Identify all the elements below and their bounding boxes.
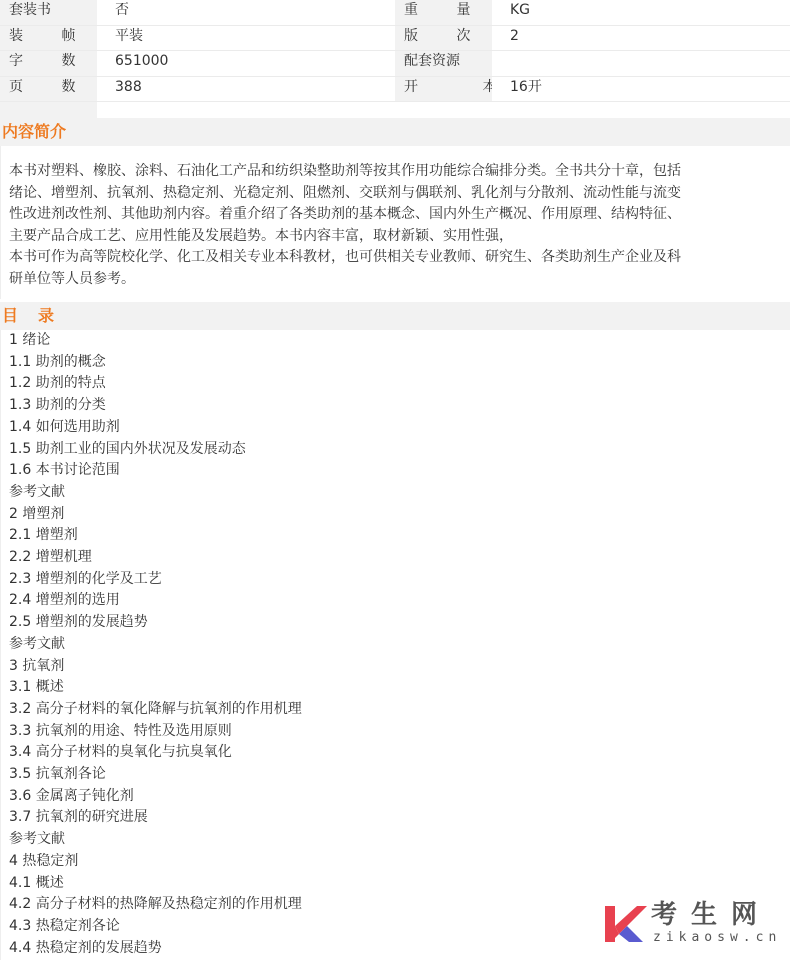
label-edition: 版 次: [395, 26, 492, 51]
toc-item: 2 增塑剂: [9, 504, 790, 526]
toc-item: 1.5 助剂工业的国内外状况及发展动态: [9, 439, 790, 461]
value-binding: 平装: [97, 26, 395, 51]
info-row-binding-edition: 装 帧 平装 版 次 2: [0, 26, 790, 52]
toc-item: 3.1 概述: [9, 677, 790, 699]
toc-item: 4.1 概述: [9, 873, 790, 895]
watermark-domain: zikaosw.cn: [653, 930, 781, 946]
label-weight: 重 量: [395, 0, 492, 25]
toc-item: 4 热稳定剂: [9, 851, 790, 873]
intro-line: 本书对塑料、橡胶、涂料、石油化工产品和纺织染整助剂等按其作用功能综合编排分类。全…: [9, 161, 782, 183]
toc-item: 3.5 抗氧剂各论: [9, 764, 790, 786]
toc-item: 1.1 助剂的概念: [9, 352, 790, 374]
value-word-count: 651000: [97, 51, 395, 76]
toc-item: 参考文献: [9, 829, 790, 851]
toc-item: 3.6 金属离子钝化剂: [9, 786, 790, 808]
intro-line: 本书可作为高等院校化学、化工及相关专业本科教材，也可供相关专业教师、研究生、各类…: [9, 247, 782, 269]
info-row-wordcount-resources: 字 数 651000 配套资源: [0, 51, 790, 77]
intro-body: 本书对塑料、橡胶、涂料、石油化工产品和纺织染整助剂等按其作用功能综合编排分类。全…: [0, 146, 790, 299]
toc-item: 参考文献: [9, 482, 790, 504]
value-format: 16开: [492, 77, 790, 102]
toc-item: 参考文献: [9, 634, 790, 656]
label-format: 开 本: [395, 77, 492, 102]
toc-item: 3.4 高分子材料的臭氧化与抗臭氧化: [9, 742, 790, 764]
toc-list: 1 绪论 1.1 助剂的概念 1.2 助剂的特点 1.3 助剂的分类 1.4 如…: [0, 330, 790, 960]
value-resources: [492, 51, 790, 76]
toc-item: 3.3 抗氧剂的用途、特性及选用原则: [9, 721, 790, 743]
label-resources: 配套资源: [395, 51, 492, 76]
value-edition: 2: [492, 26, 790, 51]
watermark-logo: 考生网 zikaosw.cn: [605, 900, 785, 950]
toc-item: 1.6 本书讨论范围: [9, 460, 790, 482]
intro-line: 绪论、增塑剂、抗氧剂、热稳定剂、光稳定剂、阻燃剂、交联剂与偶联剂、乳化剂与分散剂…: [9, 183, 782, 205]
toc-item: 2.3 增塑剂的化学及工艺: [9, 569, 790, 591]
intro-line: 研单位等人员参考。: [9, 269, 782, 291]
toc-item: 2.1 增塑剂: [9, 525, 790, 547]
toc-item: 3.2 高分子材料的氧化降解与抗氧剂的作用机理: [9, 699, 790, 721]
toc-item: 2.4 增塑剂的选用: [9, 590, 790, 612]
label-binding: 装 帧: [0, 26, 97, 51]
intro-line: 性改进剂改性剂、其他助剂内容。着重介绍了各类助剂的基本概念、国内外生产概况、作用…: [9, 204, 782, 226]
toc-item: 2.5 增塑剂的发展趋势: [9, 612, 790, 634]
book-info-table: 套装书 否 重 量 KG 装 帧 平装 版 次 2 字 数 651000 配套资…: [0, 0, 790, 127]
toc-item: 1 绪论: [9, 330, 790, 352]
toc-item: 2.2 增塑机理: [9, 547, 790, 569]
label-set-book: 套装书: [0, 0, 97, 25]
intro-line: 主要产品合成工艺、应用性能及发展趋势。本书内容丰富，取材新颖、实用性强，: [9, 226, 782, 248]
toc-item: 1.3 助剂的分类: [9, 395, 790, 417]
value-pages: 388: [97, 77, 395, 102]
toc-item: 1.2 助剂的特点: [9, 373, 790, 395]
info-row-pages-format: 页 数 388 开 本 16开: [0, 77, 790, 103]
toc-item: 1.4 如何选用助剂: [9, 417, 790, 439]
toc-item: 3.7 抗氧剂的研究进展: [9, 807, 790, 829]
info-row-set-weight: 套装书 否 重 量 KG: [0, 0, 790, 26]
value-weight: KG: [492, 0, 790, 25]
label-word-count: 字 数: [0, 51, 97, 76]
intro-heading: 内容简介: [0, 118, 790, 146]
value-set-book: 否: [97, 0, 395, 25]
label-pages: 页 数: [0, 77, 97, 102]
toc-item: 3 抗氧剂: [9, 656, 790, 678]
toc-heading: 目录: [0, 302, 790, 330]
watermark-name: 考生网: [651, 900, 771, 930]
k-logo-icon: [605, 904, 647, 944]
